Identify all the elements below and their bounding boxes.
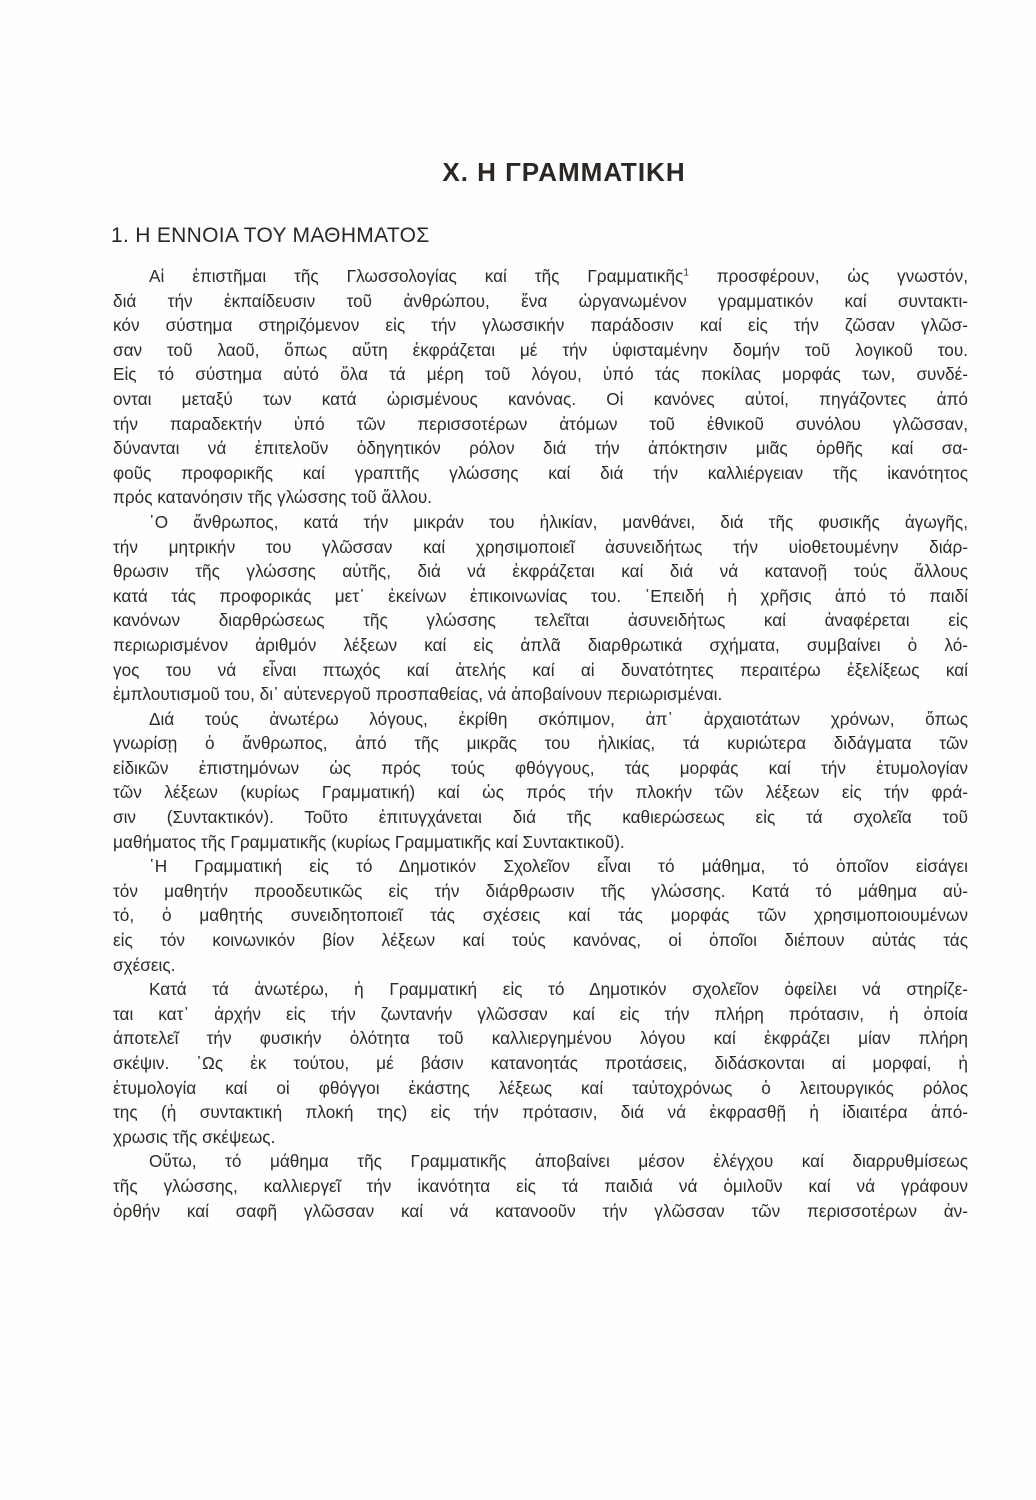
text-line: γνωρίσῃ ὁ ἄνθρωπος, ἀπό τῆς μικρᾶς του ἡ… — [113, 731, 968, 756]
paragraph: Αἱ ἐπιστῆμαι τῆς Γλωσσολογίας καί τῆς Γρ… — [113, 264, 968, 510]
text-line: σκέψιν. ῾Ως ἐκ τούτου, μέ βάσιν κατανοητ… — [113, 1051, 968, 1076]
text-line: τόν μαθητήν προοδευτικῶς εἰς τήν διάρθρω… — [113, 879, 968, 904]
text-line: ἀποτελεῖ τήν φυσικήν ὁλότητα τοῦ καλλιερ… — [113, 1026, 968, 1051]
text-line: κόν σύστημα στηριζόμενον εἰς τήν γλωσσικ… — [113, 313, 968, 338]
text-line: γος του νά εἶναι πτωχός καί ἀτελής καί α… — [113, 658, 968, 683]
text-line: Εἰς τό σύστημα αὐτό ὅλα τά μέρη τοῦ λόγο… — [113, 362, 968, 387]
text-line: τῆς γλώσσης, καλλιεργεῖ τήν ἱκανότητα εἰ… — [113, 1174, 968, 1199]
text-line: φοῦς προφορικῆς καί γραπτῆς γλώσσης καί … — [113, 461, 968, 486]
text-line: Διά τούς ἀνωτέρω λόγους, ἐκρίθη σκόπιμον… — [113, 707, 968, 732]
text-line: σχέσεις. — [113, 953, 968, 978]
text-line: εἰς τόν κοινωνικόν βίον λέξεων καί τούς … — [113, 928, 968, 953]
text-line: ἐμπλουτισμοῦ του, δι᾽ αὐτενεργοῦ προσπαθ… — [113, 682, 968, 707]
text-line: τῶν λέξεων (κυρίως Γραμματική) καί ὡς πρ… — [113, 780, 968, 805]
text-line: τήν μητρικήν του γλῶσσαν καί χρησιμοποιε… — [113, 535, 968, 560]
text-line: ται κατ᾽ ἀρχήν εἰς τήν ζωντανήν γλῶσσαν … — [113, 1002, 968, 1027]
text-line: Οὕτω, τό μάθημα τῆς Γραμματικῆς ἀποβαίνε… — [113, 1149, 968, 1174]
text-line: τό, ὁ μαθητής συνειδητοποιεῖ τάς σχέσεις… — [113, 903, 968, 928]
text-line: εἰδικῶν ἐπιστημόνων ὡς πρός τούς φθόγγου… — [113, 756, 968, 781]
paragraph: Κατά τά ἀνωτέρω, ἡ Γραμματική εἰς τό Δημ… — [113, 977, 968, 1149]
paragraph: Διά τούς ἀνωτέρω λόγους, ἐκρίθη σκόπιμον… — [113, 707, 968, 855]
document-page: Χ. Η ΓΡΑΜΜΑΤΙΚΗ 1. Η ΕΝΝΟΙΑ ΤΟΥ ΜΑΘΗΜΑΤΟ… — [0, 0, 1036, 1500]
text-line: περιωρισμένον ἀριθμόν λέξεων καί εἰς ἁπλ… — [113, 633, 968, 658]
text-line: ῾Η Γραμματική εἰς τό Δημοτικόν Σχολεῖον … — [113, 854, 968, 879]
body-text: Αἱ ἐπιστῆμαι τῆς Γλωσσολογίας καί τῆς Γρ… — [113, 264, 968, 1223]
text-line: διά τήν ἐκπαίδευσιν τοῦ ἀνθρώπου, ἕνα ὠρ… — [113, 289, 968, 314]
text-line: πρός κατανόησιν τῆς γλώσσης τοῦ ἄλλου. — [113, 485, 968, 510]
text-line: Κατά τά ἀνωτέρω, ἡ Γραμματική εἰς τό Δημ… — [113, 977, 968, 1002]
text-line: σαν τοῦ λαοῦ, ὅπως αὕτη ἐκφράζεται μέ τή… — [113, 338, 968, 363]
text-line: ὀρθήν καί σαφῆ γλῶσσαν καί νά κατανοοῦν … — [113, 1199, 968, 1224]
paragraph: ῾Ο ἄνθρωπος, κατά τήν μικράν του ἡλικίαν… — [113, 510, 968, 707]
text-line: δύνανται νά ἐπιτελοῦν ὁδηγητικόν ρόλον δ… — [113, 436, 968, 461]
chapter-title: Χ. Η ΓΡΑΜΜΑΤΙΚΗ — [364, 157, 764, 188]
text-line: μαθήματος τῆς Γραμματικῆς (κυρίως Γραμμα… — [113, 830, 968, 855]
text-line: ονται μεταξύ των κατά ὡρισμένους κανόνας… — [113, 387, 968, 412]
text-line: σιν (Συντακτικόν). Τοῦτο ἐπιτυγχάνεται δ… — [113, 805, 968, 830]
text-line: ῾Ο ἄνθρωπος, κατά τήν μικράν του ἡλικίαν… — [113, 510, 968, 535]
text-line: Αἱ ἐπιστῆμαι τῆς Γλωσσολογίας καί τῆς Γρ… — [113, 264, 968, 289]
section-title: 1. Η ΕΝΝΟΙΑ ΤΟΥ ΜΑΘΗΜΑΤΟΣ — [111, 224, 430, 248]
text-line: τήν παραδεκτήν ὑπό τῶν περισσοτέρων ἀτόμ… — [113, 412, 968, 437]
text-line: θρωσιν τῆς γλώσσης αὐτῆς, διά νά ἐκφράζε… — [113, 559, 968, 584]
paragraph: Οὕτω, τό μάθημα τῆς Γραμματικῆς ἀποβαίνε… — [113, 1149, 968, 1223]
text-line: κανόνων διαρθρώσεως τῆς γλώσσης τελεῖται… — [113, 608, 968, 633]
text-line: κατά τάς προφορικάς μετ᾽ ἐκείνων ἐπικοιν… — [113, 584, 968, 609]
text-line: χρωσις τῆς σκέψεως. — [113, 1125, 968, 1150]
text-line: ἐτυμολογία καί οἱ φθόγγοι ἑκάστης λέξεως… — [113, 1076, 968, 1101]
paragraph: ῾Η Γραμματική εἰς τό Δημοτικόν Σχολεῖον … — [113, 854, 968, 977]
text-line: της (ἡ συντακτική πλοκή της) εἰς τήν πρό… — [113, 1100, 968, 1125]
